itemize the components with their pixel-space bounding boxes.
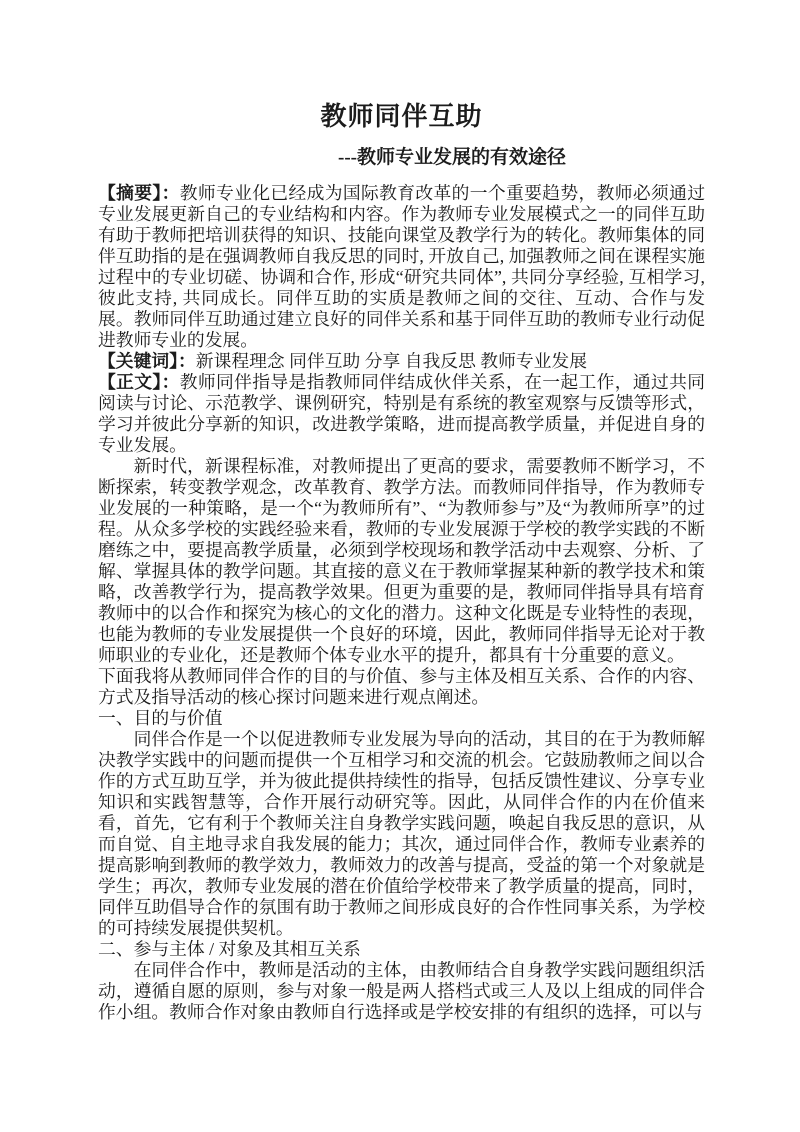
paragraph-text: 一、目的与价值	[98, 708, 222, 728]
paragraph: 一、目的与价值	[98, 708, 705, 729]
paragraph-text: 在同伴合作中，教师是活动的主体，由教师结合自身教学实践问题组织活动，遵循自愿的原…	[98, 960, 705, 1022]
document-page: 教师同伴互助 ---教师专业发展的有效途径 【摘要】：教师专业化已经成为国际教育…	[0, 0, 800, 1132]
paragraph-text: 新时代，新课程标准，对教师提出了更高的要求，需要教师不断学习，不断探索，转变教学…	[98, 456, 705, 665]
paragraph: 同伴合作是一个以促进教师专业发展为导向的活动，其目的在于为教师解决教学实践中的问…	[98, 729, 705, 939]
paragraph-label: 【关键词】：	[98, 351, 196, 371]
paragraph: 新时代，新课程标准，对教师提出了更高的要求，需要教师不断学习，不断探索，转变教学…	[98, 456, 705, 666]
paragraph-text: 下面我将从教师同伴合作的目的与价值、参与主体及相互关系、合作的内容、方式及指导活…	[98, 666, 705, 707]
document-title: 教师同伴互助	[98, 102, 705, 132]
paragraph-label: 【正文】：	[98, 372, 180, 392]
paragraph: 二、参与主体 / 对象及其相互关系	[98, 939, 705, 960]
paragraph: 在同伴合作中，教师是活动的主体，由教师结合自身教学实践问题组织活动，遵循自愿的原…	[98, 960, 705, 1023]
paragraph-text: 新课程理念 同伴互助 分享 自我反思 教师专业发展	[196, 351, 587, 371]
paragraph: 【摘要】：教师专业化已经成为国际教育改革的一个重要趋势，教师必须通过专业发展更新…	[98, 183, 705, 351]
paragraph-text: 同伴合作是一个以促进教师专业发展为导向的活动，其目的在于为教师解决教学实践中的问…	[98, 729, 705, 938]
document-content: 教师同伴互助 ---教师专业发展的有效途径 【摘要】：教师专业化已经成为国际教育…	[98, 102, 705, 1023]
paragraph-text: 教师同伴指导是指教师同伴结成伙伴关系，在一起工作，通过共同阅读与讨论、示范教学、…	[98, 372, 705, 455]
document-body: 【摘要】：教师专业化已经成为国际教育改革的一个重要趋势，教师必须通过专业发展更新…	[98, 183, 705, 1023]
paragraph-text: 教师专业化已经成为国际教育改革的一个重要趋势，教师必须通过专业发展更新自己的专业…	[98, 183, 705, 350]
paragraph-label: 【摘要】：	[98, 183, 180, 203]
document-subtitle: ---教师专业发展的有效途径	[338, 146, 705, 170]
paragraph-text: 二、参与主体 / 对象及其相互关系	[98, 939, 361, 959]
paragraph: 【关键词】：新课程理念 同伴互助 分享 自我反思 教师专业发展	[98, 351, 705, 372]
paragraph: 下面我将从教师同伴合作的目的与价值、参与主体及相互关系、合作的内容、方式及指导活…	[98, 666, 705, 708]
paragraph: 【正文】：教师同伴指导是指教师同伴结成伙伴关系，在一起工作，通过共同阅读与讨论、…	[98, 372, 705, 456]
